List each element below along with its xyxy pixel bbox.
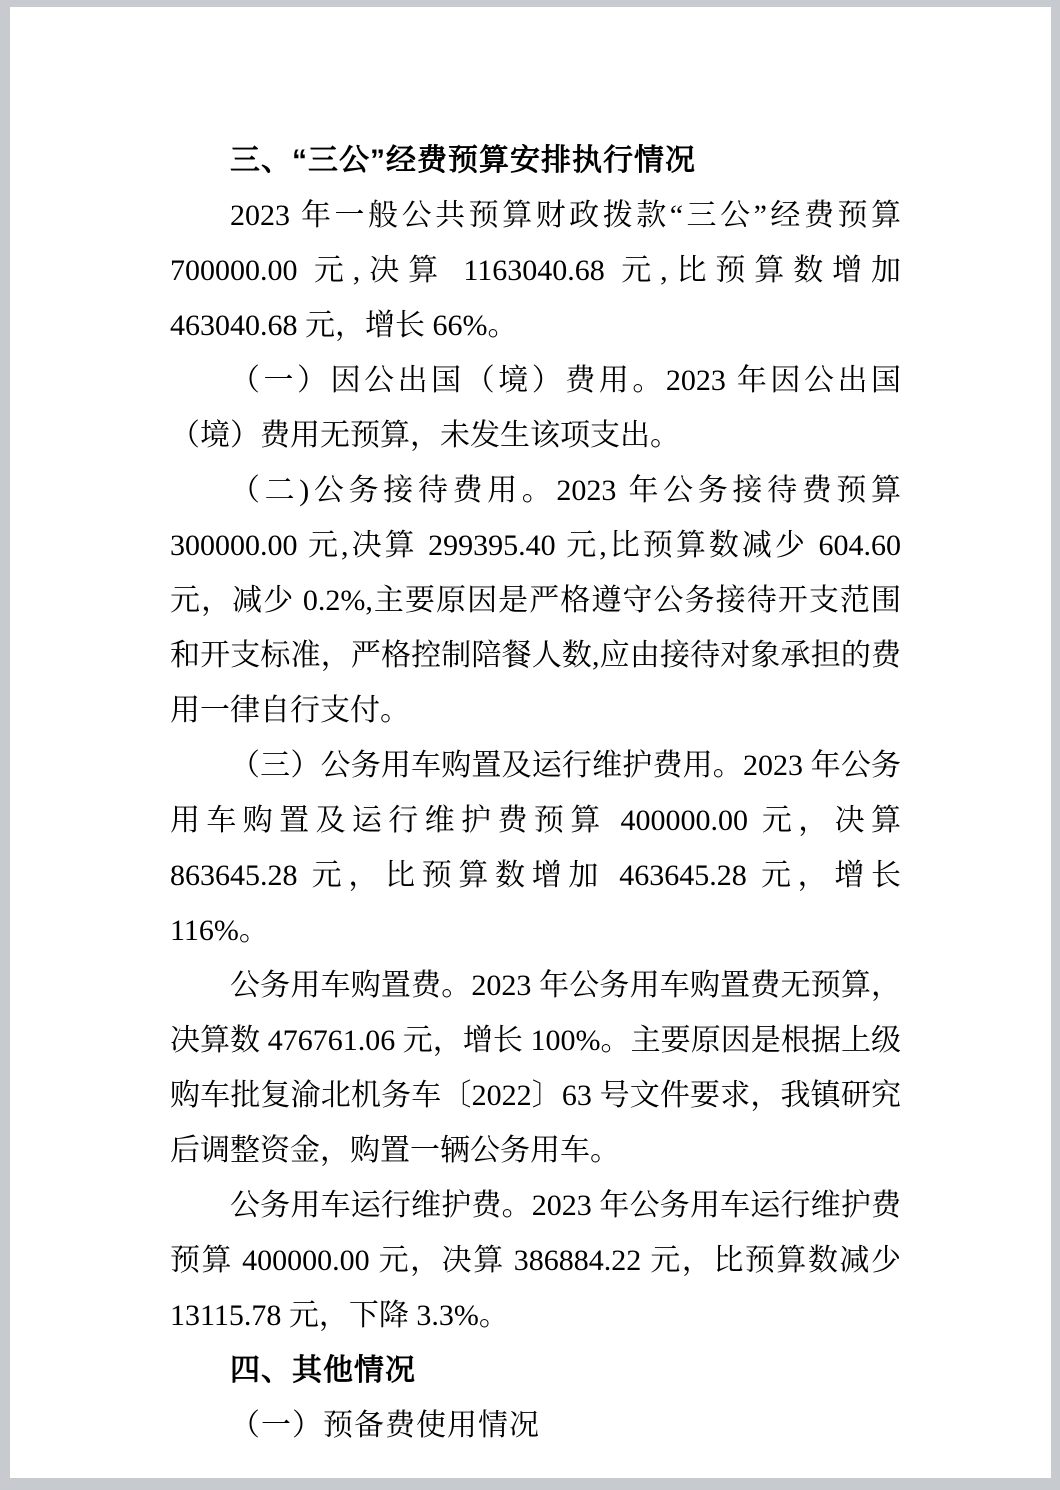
paragraph-official-vehicle-total-expense: （三）公务用车购置及运行维护费用。2023 年公务用车购置及运行维护费预算 40… [170, 738, 901, 958]
screenshot-root: { "page": { "frame_color": "#c7cbcf", "p… [0, 0, 1060, 1490]
paragraph-vehicle-purchase-expense: 公务用车购置费。2023 年公务用车购置费无预算，决算数 476761.06 元… [170, 958, 901, 1178]
section-heading-other-situations: 四、其他情况 [170, 1343, 901, 1398]
document-paper: 三、“三公”经费预算安排执行情况 2023 年一般公共预算财政拨款“三公”经费预… [10, 7, 1051, 1478]
document-content: 三、“三公”经费预算安排执行情况 2023 年一般公共预算财政拨款“三公”经费预… [10, 7, 1051, 1453]
paragraph-vehicle-operation-maintenance-expense: 公务用车运行维护费。2023 年公务用车运行维护费预算 400000.00 元，… [170, 1178, 901, 1343]
paragraph-official-reception-expense: （二)公务接待费用。2023 年公务接待费预算 300000.00 元,决算 2… [170, 463, 901, 738]
paragraph-overseas-travel-expense: （一）因公出国（境）费用。2023 年因公出国（境）费用无预算，未发生该项支出。 [170, 353, 901, 463]
section-heading-three-public-expenses: 三、“三公”经费预算安排执行情况 [170, 133, 901, 188]
paragraph-overall-budget-vs-final: 2023 年一般公共预算财政拨款“三公”经费预算 700000.00 元,决算 … [170, 188, 901, 353]
subsection-heading-reserve-fund-usage: （一）预备费使用情况 [170, 1398, 901, 1453]
